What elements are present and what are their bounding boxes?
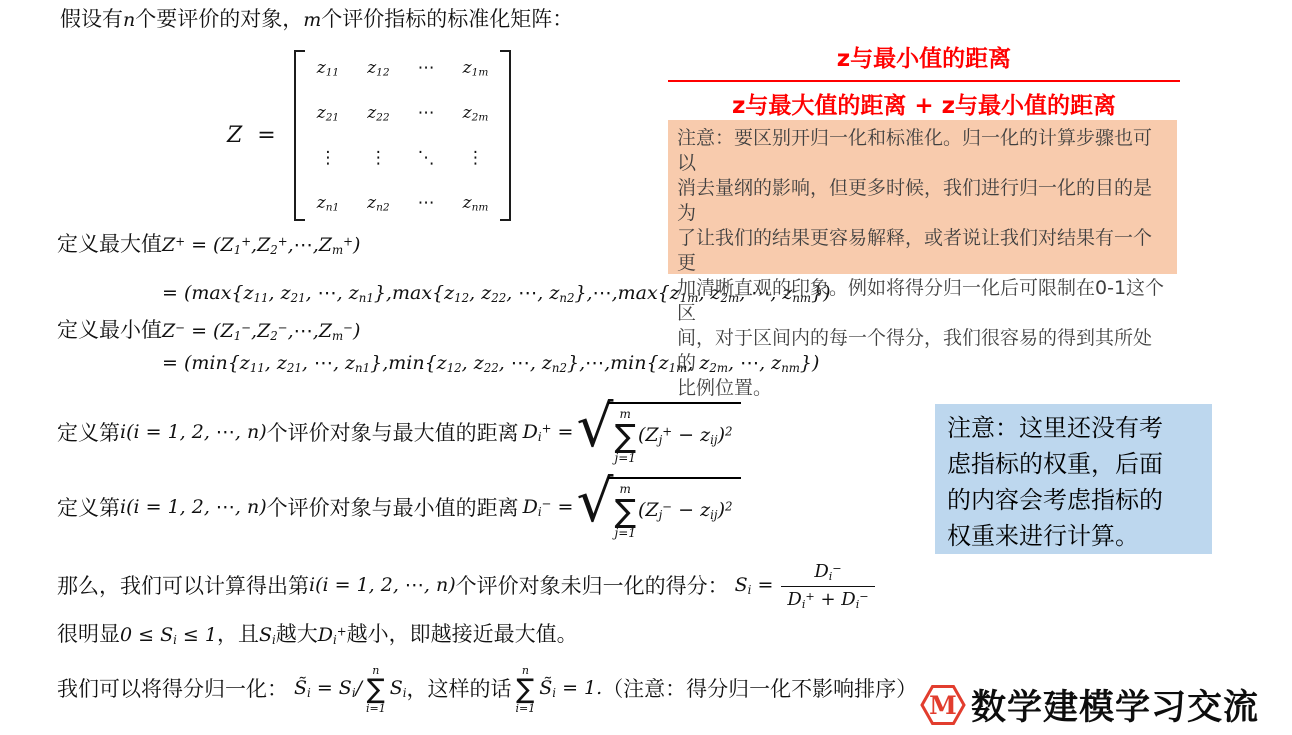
obvious-math-2: Si: [259, 624, 276, 648]
matrix-right-bracket: [500, 50, 511, 221]
normalize-text-2: ，这样的话: [407, 676, 512, 702]
dminus-sqrt: √ m ∑ j=1 (Zj− − zij)2: [575, 477, 740, 539]
zmax-expr: Z+ = (Z1+,Z2+,⋯,Zm+): [162, 234, 360, 258]
score-line: 那么，我们可以计算得出第i(i = 1, 2, ⋯, n)个评价对象未归一化的得…: [57, 553, 875, 619]
normalize-text-1: 我们可以将得分归一化：: [57, 676, 288, 702]
dminus-lhs: Di− =: [523, 496, 574, 520]
zmax-definition: 定义最大值 Z+ = (Z1+,Z2+,⋯,Zm+): [57, 231, 360, 258]
zmin-expand-expr: = (min{z11, z21, ⋯, zn1},min{z12, z22, ⋯…: [162, 352, 819, 376]
matrix-cell: ⋮: [370, 148, 387, 168]
matrix-lhs: Z =: [227, 123, 280, 148]
obvious-text-3: 越大: [276, 621, 318, 647]
normalize-sum-2: n ∑ i=1: [516, 665, 536, 714]
obvious-text-2: ，且: [217, 621, 259, 647]
matrix-cell: ⋯: [418, 103, 435, 123]
matrix-cell: ⋮: [467, 148, 484, 168]
dminus-line: 定义第i(i = 1, 2, ⋯, n)个评价对象与最小值的距离 Di− = √…: [57, 471, 741, 545]
sum-lower-limit: j=1: [615, 527, 636, 539]
matrix-cell: ⋯: [418, 58, 435, 78]
dplus-paren: (i = 1, 2, ⋯, n): [126, 421, 267, 445]
matrix-cell: z2m: [463, 103, 489, 123]
red-headline-fraction: z与最小值的距离 z与最大值的距离 + z与最小值的距离: [668, 40, 1180, 120]
sigma-icon: ∑: [516, 676, 534, 703]
matrix-cell: z12: [367, 58, 389, 78]
matrix-grid: z11 z12 ⋯ z1m z21 z22 ⋯ z2m ⋮ ⋮ ⋱ ⋮ zn1 …: [305, 50, 501, 221]
red-fraction-denominator: z与最大值的距离 + z与最小值的距离: [668, 80, 1180, 120]
normalize-math-3: S̃i = 1.: [539, 677, 602, 701]
dplus-radicand: m ∑ j=1 (Zj+ − zij)2: [608, 402, 740, 464]
dplus-label-1: 定义第: [57, 420, 120, 446]
var-n: n: [123, 9, 135, 33]
zmin-expansion: = (min{z11, z21, ⋯, zn1},min{z12, z22, ⋯…: [162, 352, 819, 376]
score-label-1: 那么，我们可以计算得出第: [57, 573, 309, 599]
zmax-label: 定义最大值: [57, 231, 162, 257]
normalize-sum-1: n ∑ i=1: [366, 665, 386, 714]
dminus-paren: (i = 1, 2, ⋯, n): [126, 496, 267, 520]
intro-text-1: 假设有: [60, 6, 123, 32]
dminus-body: (Zj− − zij)2: [638, 499, 733, 523]
red-fraction-numerator: z与最小值的距离: [668, 40, 1180, 80]
logo-text: 数学建模学习交流: [971, 680, 1259, 730]
dplus-lhs: Di+ =: [523, 421, 574, 445]
sigma-icon: ∑: [614, 495, 636, 527]
matrix-left-bracket: [294, 50, 305, 221]
matrix-cell: ⋱: [418, 148, 435, 168]
blue-note-box: 注意：这里还没有考 虑指标的权重，后面 的内容会考虑指标的 权重来进行计算。: [935, 404, 1212, 554]
var-m: m: [303, 9, 321, 33]
dminus-sum: m ∑ j=1: [614, 483, 636, 539]
dplus-line: 定义第i(i = 1, 2, ⋯, n)个评价对象与最大值的距离 Di+ = √…: [57, 396, 741, 470]
normalize-math-2: Si: [390, 677, 407, 701]
obvious-math-3: Di+: [318, 624, 347, 648]
dplus-label-2: 个评价对象与最大值的距离: [267, 420, 519, 446]
matrix-cell: zn1: [317, 193, 339, 213]
normalize-text-3: （注意：得分归一化不影响排序）: [602, 676, 917, 702]
matrix-cell: z11: [317, 58, 339, 78]
score-lhs: Si =: [735, 574, 774, 598]
matrix-cell: ⋮: [319, 148, 336, 168]
dminus-label-1: 定义第: [57, 495, 120, 521]
fraction-numerator: Di−: [808, 561, 847, 586]
logo-letter: M: [929, 691, 957, 720]
dminus-label-2: 个评价对象与最小值的距离: [267, 495, 519, 521]
slide-canvas: 假设有n个要评价的对象， m个评价指标的标准化矩阵： Z = z11 z12 ⋯…: [0, 0, 1292, 735]
sigma-icon: ∑: [367, 676, 385, 703]
dplus-sum: m ∑ j=1: [614, 408, 636, 464]
matrix-cell: zn2: [367, 193, 389, 213]
obvious-text-4: 越小，即越接近最大值。: [347, 621, 578, 647]
zmin-definition: 定义最小值 Z− = (Z1−,Z2−,⋯,Zm−): [57, 317, 360, 344]
intro-line: 假设有n个要评价的对象， m个评价指标的标准化矩阵：: [60, 6, 573, 33]
brand-logo: M 数学建模学习交流: [919, 680, 1259, 730]
obvious-math-1: 0 ≤ Si ≤ 1: [120, 624, 217, 648]
sigma-icon: ∑: [614, 420, 636, 452]
fraction-denominator: Di+ + Di−: [781, 586, 874, 612]
dplus-body: (Zj+ − zij)2: [638, 424, 733, 448]
sum-lower-limit: j=1: [615, 452, 636, 464]
normalize-line: 我们可以将得分归一化： S̃i = Si/ n ∑ i=1 Si ，这样的话 n…: [57, 650, 917, 728]
hexagon-m-icon: M: [919, 681, 967, 729]
normalize-math-1: S̃i = Si/: [294, 677, 362, 701]
matrix-cell: z1m: [463, 58, 489, 78]
sum-lower-limit: i=1: [516, 703, 536, 714]
score-label-2: 个评价对象未归一化的得分：: [456, 573, 729, 599]
zmin-label: 定义最小值: [57, 317, 162, 343]
intro-text-2: 个要评价的对象，: [135, 6, 303, 32]
intro-text-3: 个评价指标的标准化矩阵：: [321, 6, 573, 32]
sum-lower-limit: i=1: [366, 703, 386, 714]
matrix-cell: ⋯: [418, 193, 435, 213]
matrix-cell: z22: [367, 103, 389, 123]
score-paren: (i = 1, 2, ⋯, n): [315, 574, 456, 598]
score-fraction: Di− Di+ + Di−: [781, 561, 874, 611]
zmin-expr: Z− = (Z1−,Z2−,⋯,Zm−): [162, 320, 360, 344]
matrix-z: Z = z11 z12 ⋯ z1m z21 z22 ⋯ z2m ⋮ ⋮ ⋱ ⋮ …: [227, 50, 511, 221]
obvious-line: 很明显0 ≤ Si ≤ 1 ，且Si越大Di+越小，即越接近最大值。: [57, 621, 578, 648]
orange-note-box: 注意：要区别开归一化和标准化。归一化的计算步骤也可以 消去量纲的影响，但更多时候…: [668, 120, 1177, 274]
dplus-sqrt: √ m ∑ j=1 (Zj+ − zij)2: [575, 402, 740, 464]
matrix-cell: znm: [463, 193, 489, 213]
dminus-radicand: m ∑ j=1 (Zj− − zij)2: [608, 477, 740, 539]
obvious-text-1: 很明显: [57, 621, 120, 647]
matrix-cell: z21: [317, 103, 339, 123]
